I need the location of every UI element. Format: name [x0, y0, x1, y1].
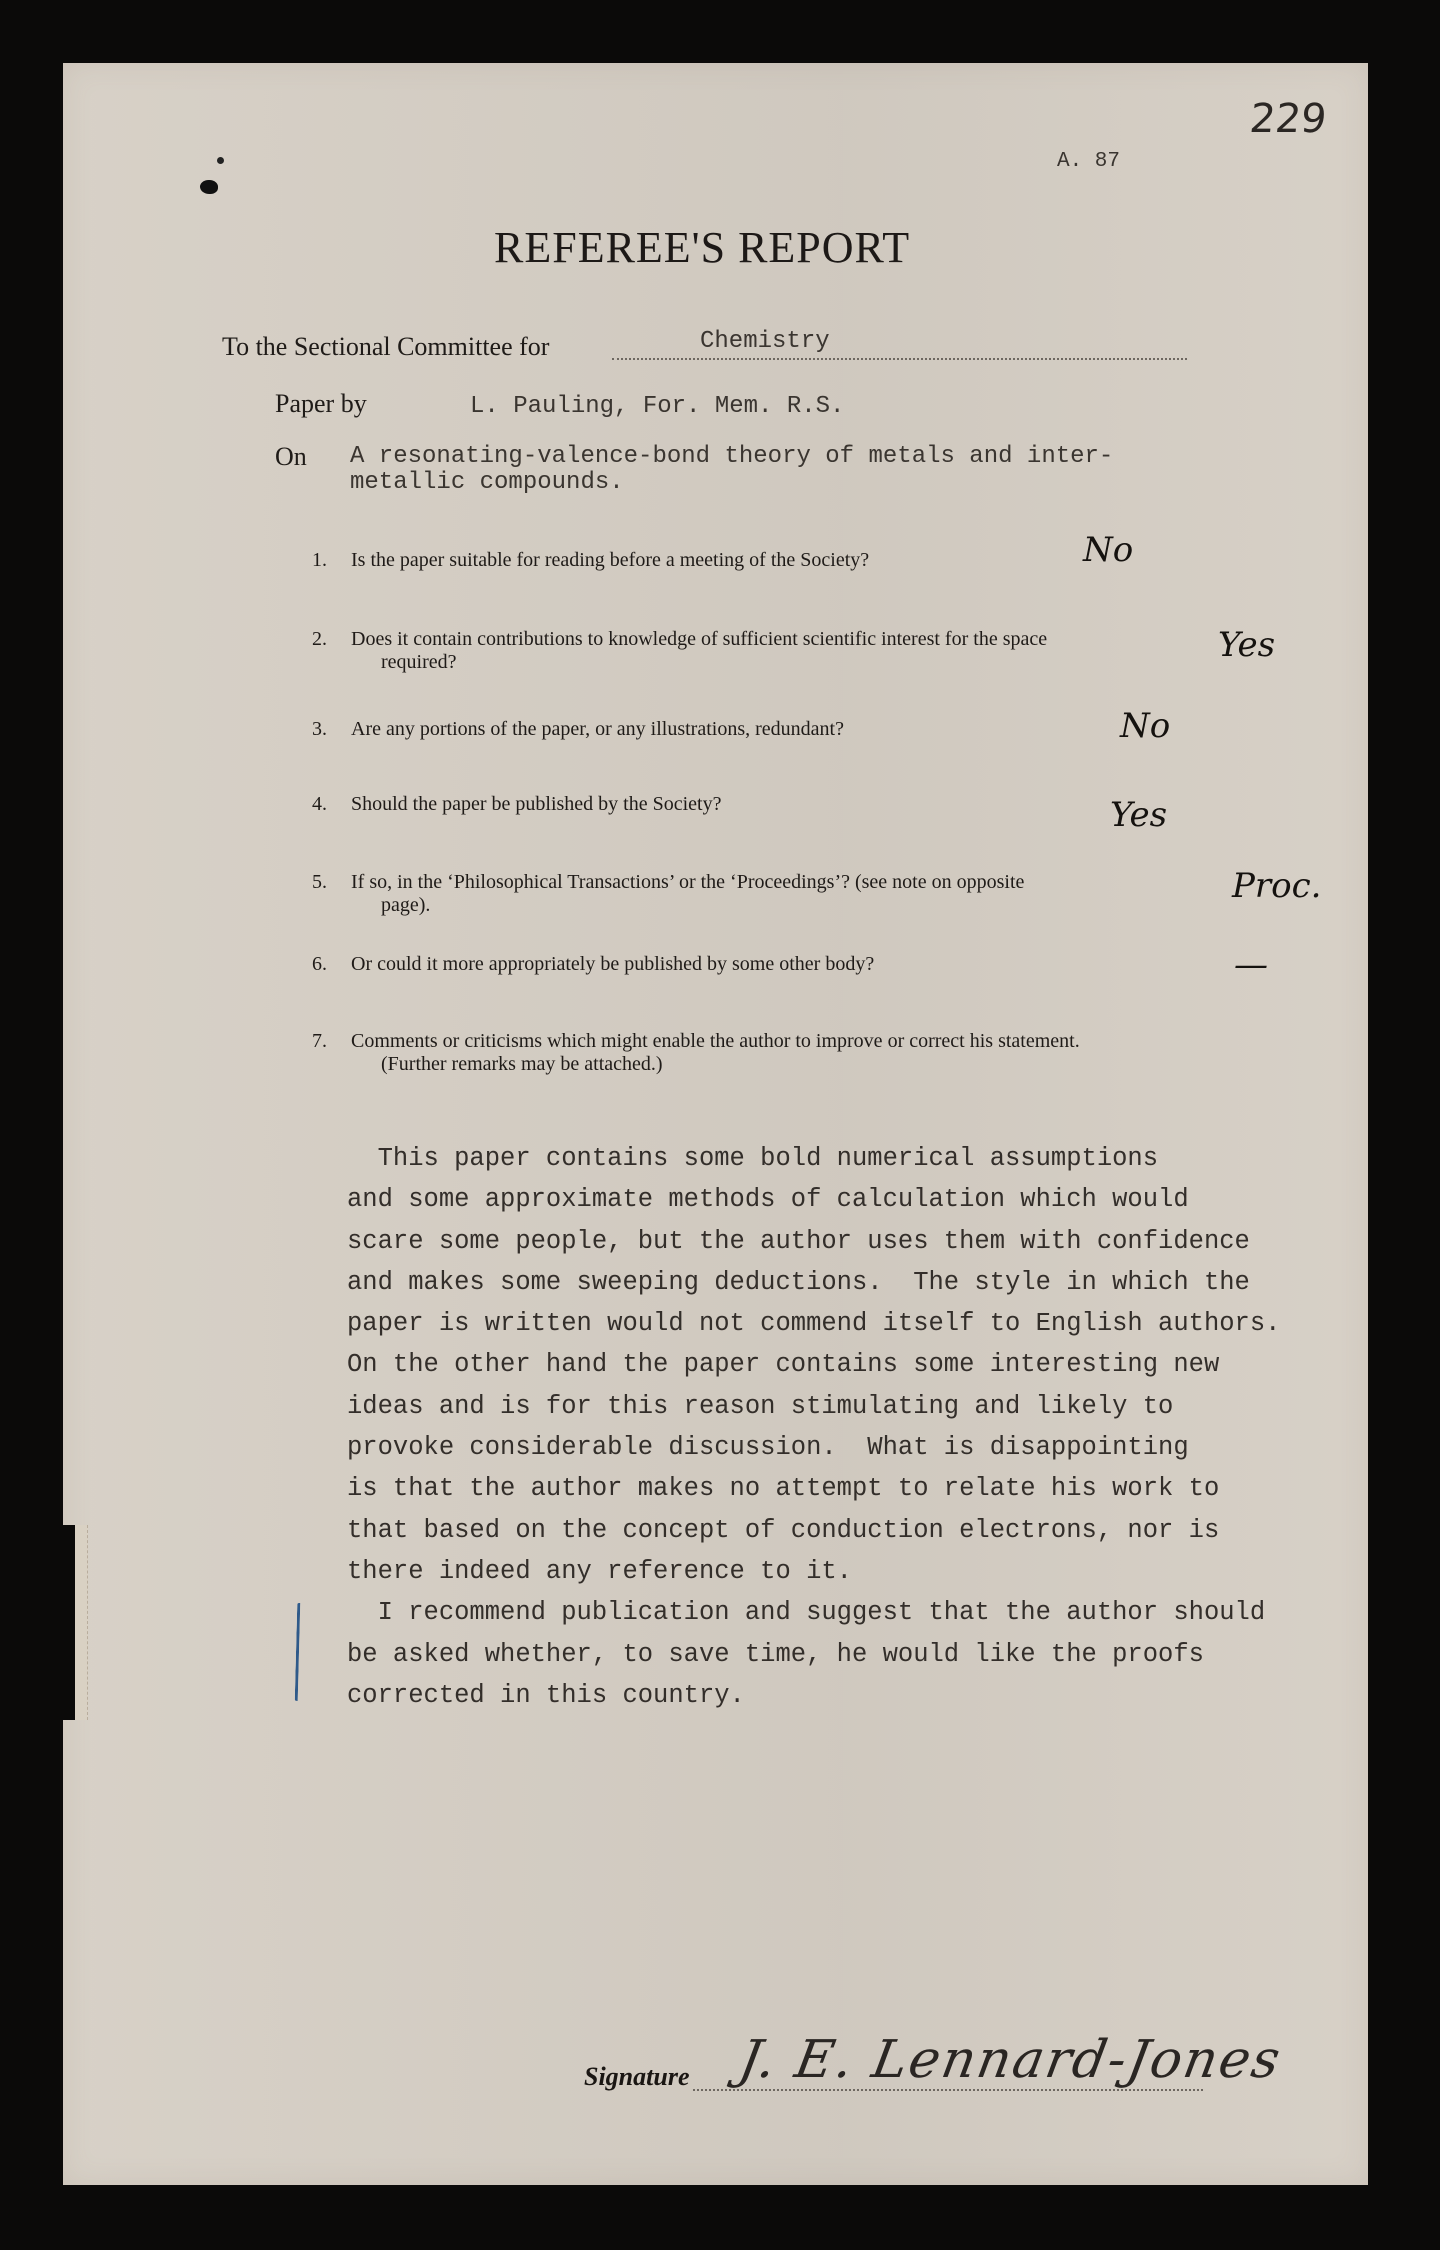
signature-label: Signature	[584, 2062, 690, 2092]
question-number: 2.	[312, 628, 327, 651]
question-number: 1.	[312, 549, 327, 572]
answer-2-handwritten: Yes	[1218, 625, 1275, 665]
question-number: 6.	[312, 953, 327, 976]
comment-line: I recommend publication and suggest that…	[347, 1592, 1347, 1633]
question-text-line: If so, in the ‘Philosophical Transaction…	[351, 871, 1024, 893]
folio-number: 229	[1248, 96, 1329, 142]
paper-by-label: Paper by	[275, 389, 367, 419]
committee-value: Chemistry	[700, 328, 830, 355]
answer-3-handwritten: No	[1120, 706, 1170, 746]
answer-4-handwritten: Yes	[1110, 795, 1167, 835]
document-number: A. 87	[1057, 150, 1120, 173]
paper-by-value: L. Pauling, For. Mem. R.S.	[470, 393, 844, 420]
paper-title-line-2: metallic compounds.	[350, 469, 624, 496]
question-text-line: Is the paper suitable for reading before…	[351, 549, 869, 571]
document-page	[63, 63, 1368, 2185]
question-text: Does it contain contributions to knowled…	[351, 628, 1211, 674]
question-text-line: Are any portions of the paper, or any il…	[351, 718, 844, 740]
comment-line: is that the author makes no attempt to r…	[347, 1468, 1347, 1509]
comment-line: and makes some sweeping deductions. The …	[347, 1262, 1347, 1303]
comment-line: provoke considerable discussion. What is…	[347, 1427, 1347, 1468]
question-text: Or could it more appropriately be publis…	[351, 953, 1211, 976]
page-edge-notch	[63, 1525, 75, 1720]
answer-5-handwritten: Proc.	[1232, 866, 1321, 906]
comment-line: On the other hand the paper contains som…	[347, 1344, 1347, 1385]
question-text-continuation: page).	[351, 894, 1211, 917]
question-text: Are any portions of the paper, or any il…	[351, 718, 1211, 741]
answer-6-handwritten: —	[1234, 945, 1268, 985]
paper-title-line-1: A resonating-valence-bond theory of meta…	[350, 443, 1113, 470]
pin-hole-small	[217, 157, 224, 164]
question-text: Comments or criticisms which might enabl…	[351, 1030, 1211, 1076]
paper-title-value: A resonating-valence-bond theory of meta…	[350, 444, 1113, 496]
comment-line: This paper contains some bold numerical …	[347, 1138, 1347, 1179]
comment-line: paper is written would not commend itsel…	[347, 1303, 1347, 1344]
question-text: If so, in the ‘Philosophical Transaction…	[351, 871, 1211, 917]
question-text-continuation: required?	[351, 651, 1211, 674]
comment-line: there indeed any reference to it.	[347, 1551, 1347, 1592]
question-number: 4.	[312, 793, 327, 816]
comment-line: and some approximate methods of calculat…	[347, 1179, 1347, 1220]
committee-label: To the Sectional Committee for	[222, 332, 549, 362]
question-number: 5.	[312, 871, 327, 894]
question-text: Should the paper be published by the Soc…	[351, 793, 1211, 816]
comment-line: be asked whether, to save time, he would…	[347, 1634, 1347, 1675]
on-label: On	[275, 442, 307, 472]
question-text-line: Comments or criticisms which might enabl…	[351, 1030, 1080, 1052]
question-text-line: Or could it more appropriately be publis…	[351, 953, 874, 975]
referee-comments: This paper contains some bold numerical …	[347, 1138, 1347, 1716]
torn-edge-strip	[75, 1525, 88, 1720]
pin-hole	[200, 180, 218, 194]
question-text-line: Does it contain contributions to knowled…	[351, 628, 1047, 650]
signature-handwritten: J. E. Lennard-Jones	[735, 2030, 1287, 2090]
comment-line: scare some people, but the author uses t…	[347, 1221, 1347, 1262]
question-text: Is the paper suitable for reading before…	[351, 549, 1211, 572]
comment-line: corrected in this country.	[347, 1675, 1347, 1716]
question-text-line: Should the paper be published by the Soc…	[351, 793, 721, 815]
committee-dotted-line	[612, 358, 1187, 360]
question-number: 7.	[312, 1030, 327, 1053]
question-text-continuation: (Further remarks may be attached.)	[351, 1053, 1211, 1076]
comment-line: ideas and is for this reason stimulating…	[347, 1386, 1347, 1427]
comment-line: that based on the concept of conduction …	[347, 1510, 1347, 1551]
question-number: 3.	[312, 718, 327, 741]
answer-1-handwritten: No	[1083, 530, 1133, 570]
page-title: REFEREE'S REPORT	[494, 222, 910, 273]
